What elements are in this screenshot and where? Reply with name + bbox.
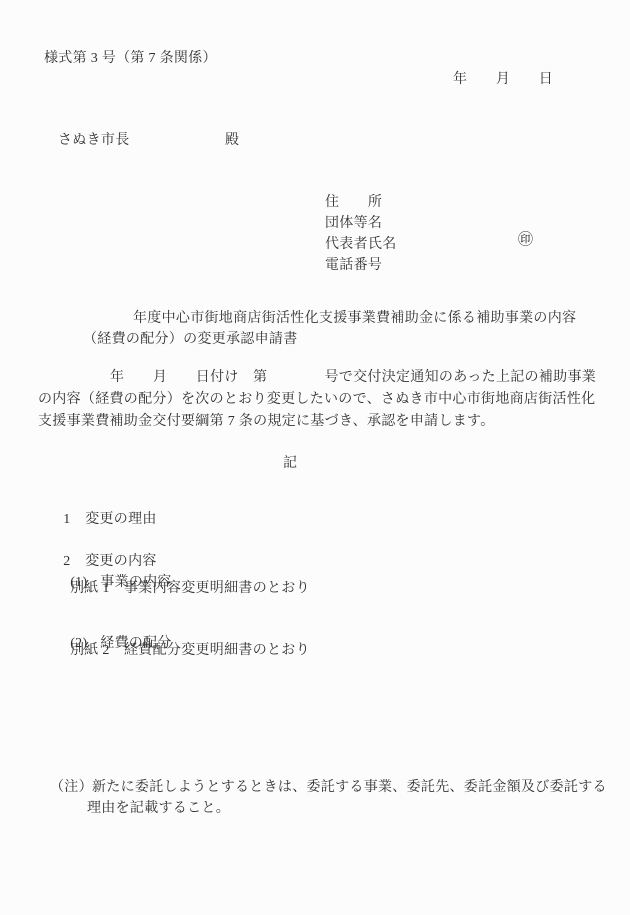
applicant-block: 住 所 団体等名 代表者氏名 電話番号 ㊞: [325, 192, 397, 276]
subsection-1-detail: 別紙 1 事業内容変更明細書のとおり: [70, 582, 310, 596]
doc-title-line1: 年度中心市街地商店街活性化支援事業費補助金に係る補助事業の内容: [133, 312, 576, 326]
note-marker: （注）: [50, 781, 93, 795]
representative-label: 代表者氏名: [325, 234, 397, 255]
date-line: 年 月 日: [453, 73, 553, 87]
addressee-title: さぬき市長: [58, 134, 130, 148]
phone-label: 電話番号: [325, 255, 397, 276]
section-1: 1変更の理由: [48, 499, 157, 541]
body-line1: 年 月 日付け 第 号で交付決定通知のあった上記の補助事業: [110, 371, 596, 385]
form-number: 様式第 3 号（第 7 条関係）: [44, 52, 217, 66]
body-line2: の内容（経費の配分）を次のとおり変更したいので、さぬき市中心市街地商店街活性化: [38, 393, 595, 407]
seal-icon: ㊞: [518, 233, 533, 248]
body-line3: 支援事業費補助金交付要綱第 7 条の規定に基づき、承認を申請します。: [38, 415, 495, 429]
document-page: 様式第 3 号（第 7 条関係） 年 月 日 さぬき市長 殿 住 所 団体等名 …: [0, 0, 630, 915]
section-1-number: 1: [63, 513, 85, 527]
subsection-2-detail: 別紙 2 経費配分変更明細書のとおり: [70, 644, 310, 658]
section-1-label: 変更の理由: [85, 512, 157, 527]
ki-marker: 記: [283, 457, 297, 471]
address-label: 住 所: [325, 192, 397, 213]
doc-title-line2: （経費の配分）の変更承認申請書: [83, 333, 298, 347]
note-line1: 新たに委託しようとするときは、委託する事業、委託先、委託金額及び委託する: [92, 781, 607, 795]
note-line2: 理由を記載すること。: [87, 802, 230, 816]
organization-label: 団体等名: [325, 213, 397, 234]
addressee-honorific: 殿: [225, 134, 239, 148]
